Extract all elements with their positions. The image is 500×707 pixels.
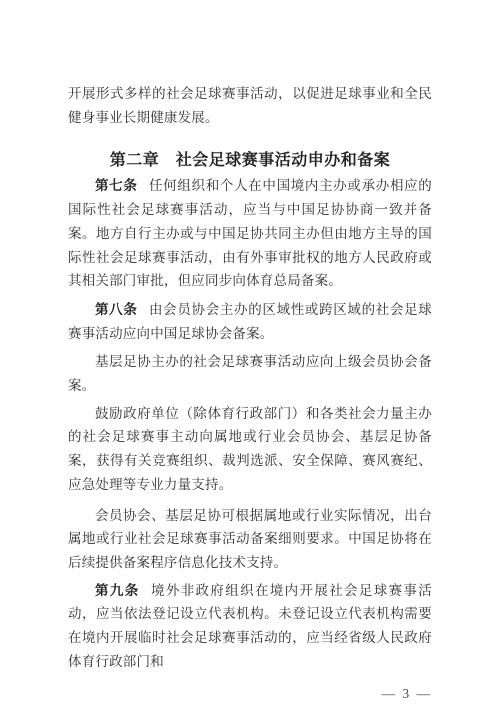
paragraph-government-encouragement: 鼓励政府单位（除体育行政部门）和各类社会力量主办的社会足球赛事主动向属地或行业会…: [68, 402, 432, 497]
article-9-label: 第九条: [95, 583, 140, 598]
chapter-heading: 第二章 社会足球赛事活动申办和备案: [68, 149, 432, 173]
page-number: — 3 —: [68, 682, 432, 705]
paragraph-filing-rules: 会员协会、基层足协可根据属地或行业实际情况，出台属地或行业社会足球赛事活动备案细…: [68, 504, 432, 575]
document-page: 开展形式多样的社会足球赛事活动，以促进足球事业和全民健身事业长期健康发展。 第二…: [0, 0, 500, 707]
article-8-label: 第八条: [95, 302, 138, 317]
article-8-paragraph: 第八条由会员协会主办的区域性或跨区域的社会足球赛事活动应向中国足球协会备案。: [68, 298, 432, 345]
paragraph-grassroots-filing: 基层足协主办的社会足球赛事活动应向上级会员协会备案。: [68, 350, 432, 397]
article-9-paragraph: 第九条境外非政府组织在境内开展社会足球赛事活动，应当依法登记设立代表机构。未登记…: [68, 579, 432, 674]
article-7-text: 任何组织和个人在中国境内主办或承办相应的国际性社会足球赛事活动，应当与中国足协协…: [68, 178, 432, 288]
article-7-label: 第七条: [95, 178, 138, 193]
continuation-paragraph: 开展形式多样的社会足球赛事活动，以促进足球事业和全民健身事业长期健康发展。: [68, 82, 432, 129]
document-body: 开展形式多样的社会足球赛事活动，以促进足球事业和全民健身事业长期健康发展。 第二…: [68, 82, 432, 705]
article-7-paragraph: 第七条任何组织和个人在中国境内主办或承办相应的国际性社会足球赛事活动，应当与中国…: [68, 174, 432, 293]
